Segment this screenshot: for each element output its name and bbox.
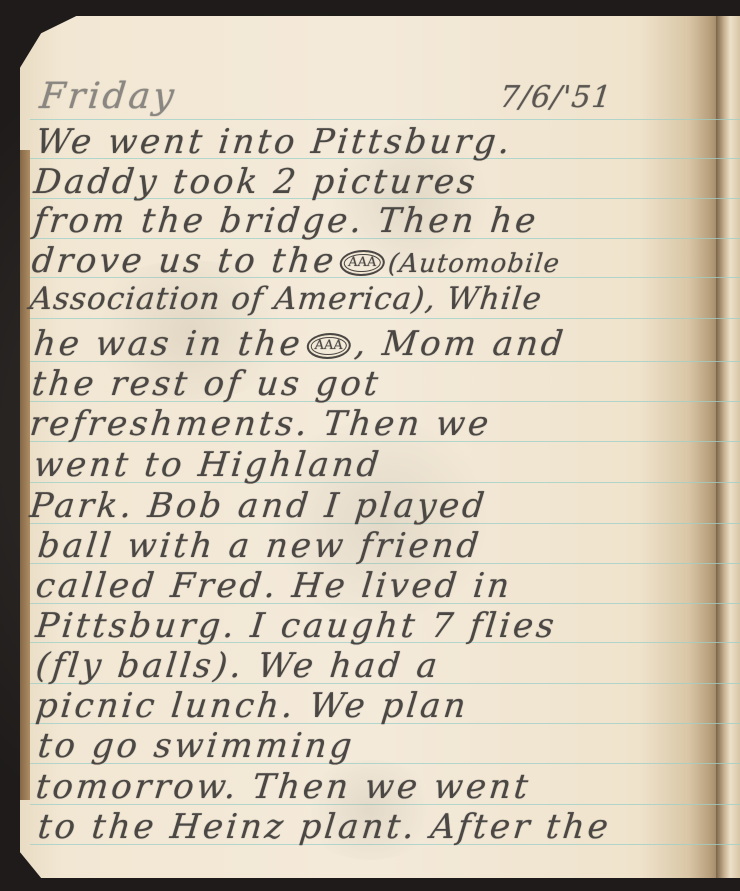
text-line: tomorrow. Then we went [34,767,533,807]
text-segment: drove us to the [30,241,339,281]
text-line: picnic lunch. We plan [34,686,471,726]
text-line: We went into Pittsburg. [34,122,515,162]
text-line: Pittsburg. I caught 7 flies [34,606,559,646]
text-segment: (Automobile [387,249,562,279]
text-line: ball with a new friend [36,526,484,566]
text-segment: he was in the [32,324,305,364]
entry-date: 7/6/'51 [498,80,613,115]
text-line: Daddy took 2 pictures [32,162,480,202]
text-line: refreshments. Then we [28,404,494,444]
text-line: Park. Bob and I played [28,486,489,526]
aaa-logo-icon: AAA [339,250,386,276]
entry-day: Friday [38,76,179,117]
text-line: called Fred. He lived in [34,566,514,606]
aaa-logo-icon: AAA [305,333,352,359]
text-line: he was in theAAA, Mom and [32,324,568,364]
diary-entry: Friday 7/6/'51 We went into Pittsburg. D… [0,0,740,891]
text-line: to go swimming [36,726,357,766]
text-line: to the Heinz plant. After the [36,807,613,847]
text-line: went to Highland [32,445,384,485]
text-line: from the bridge. Then he [32,201,541,241]
text-line: the rest of us got [30,364,383,404]
text-line: Association of America), While [28,281,544,317]
text-segment: , Mom and [353,324,568,364]
text-line: (fly balls). We had a [34,646,442,686]
text-line: drove us to theAAA(Automobile [30,241,563,281]
